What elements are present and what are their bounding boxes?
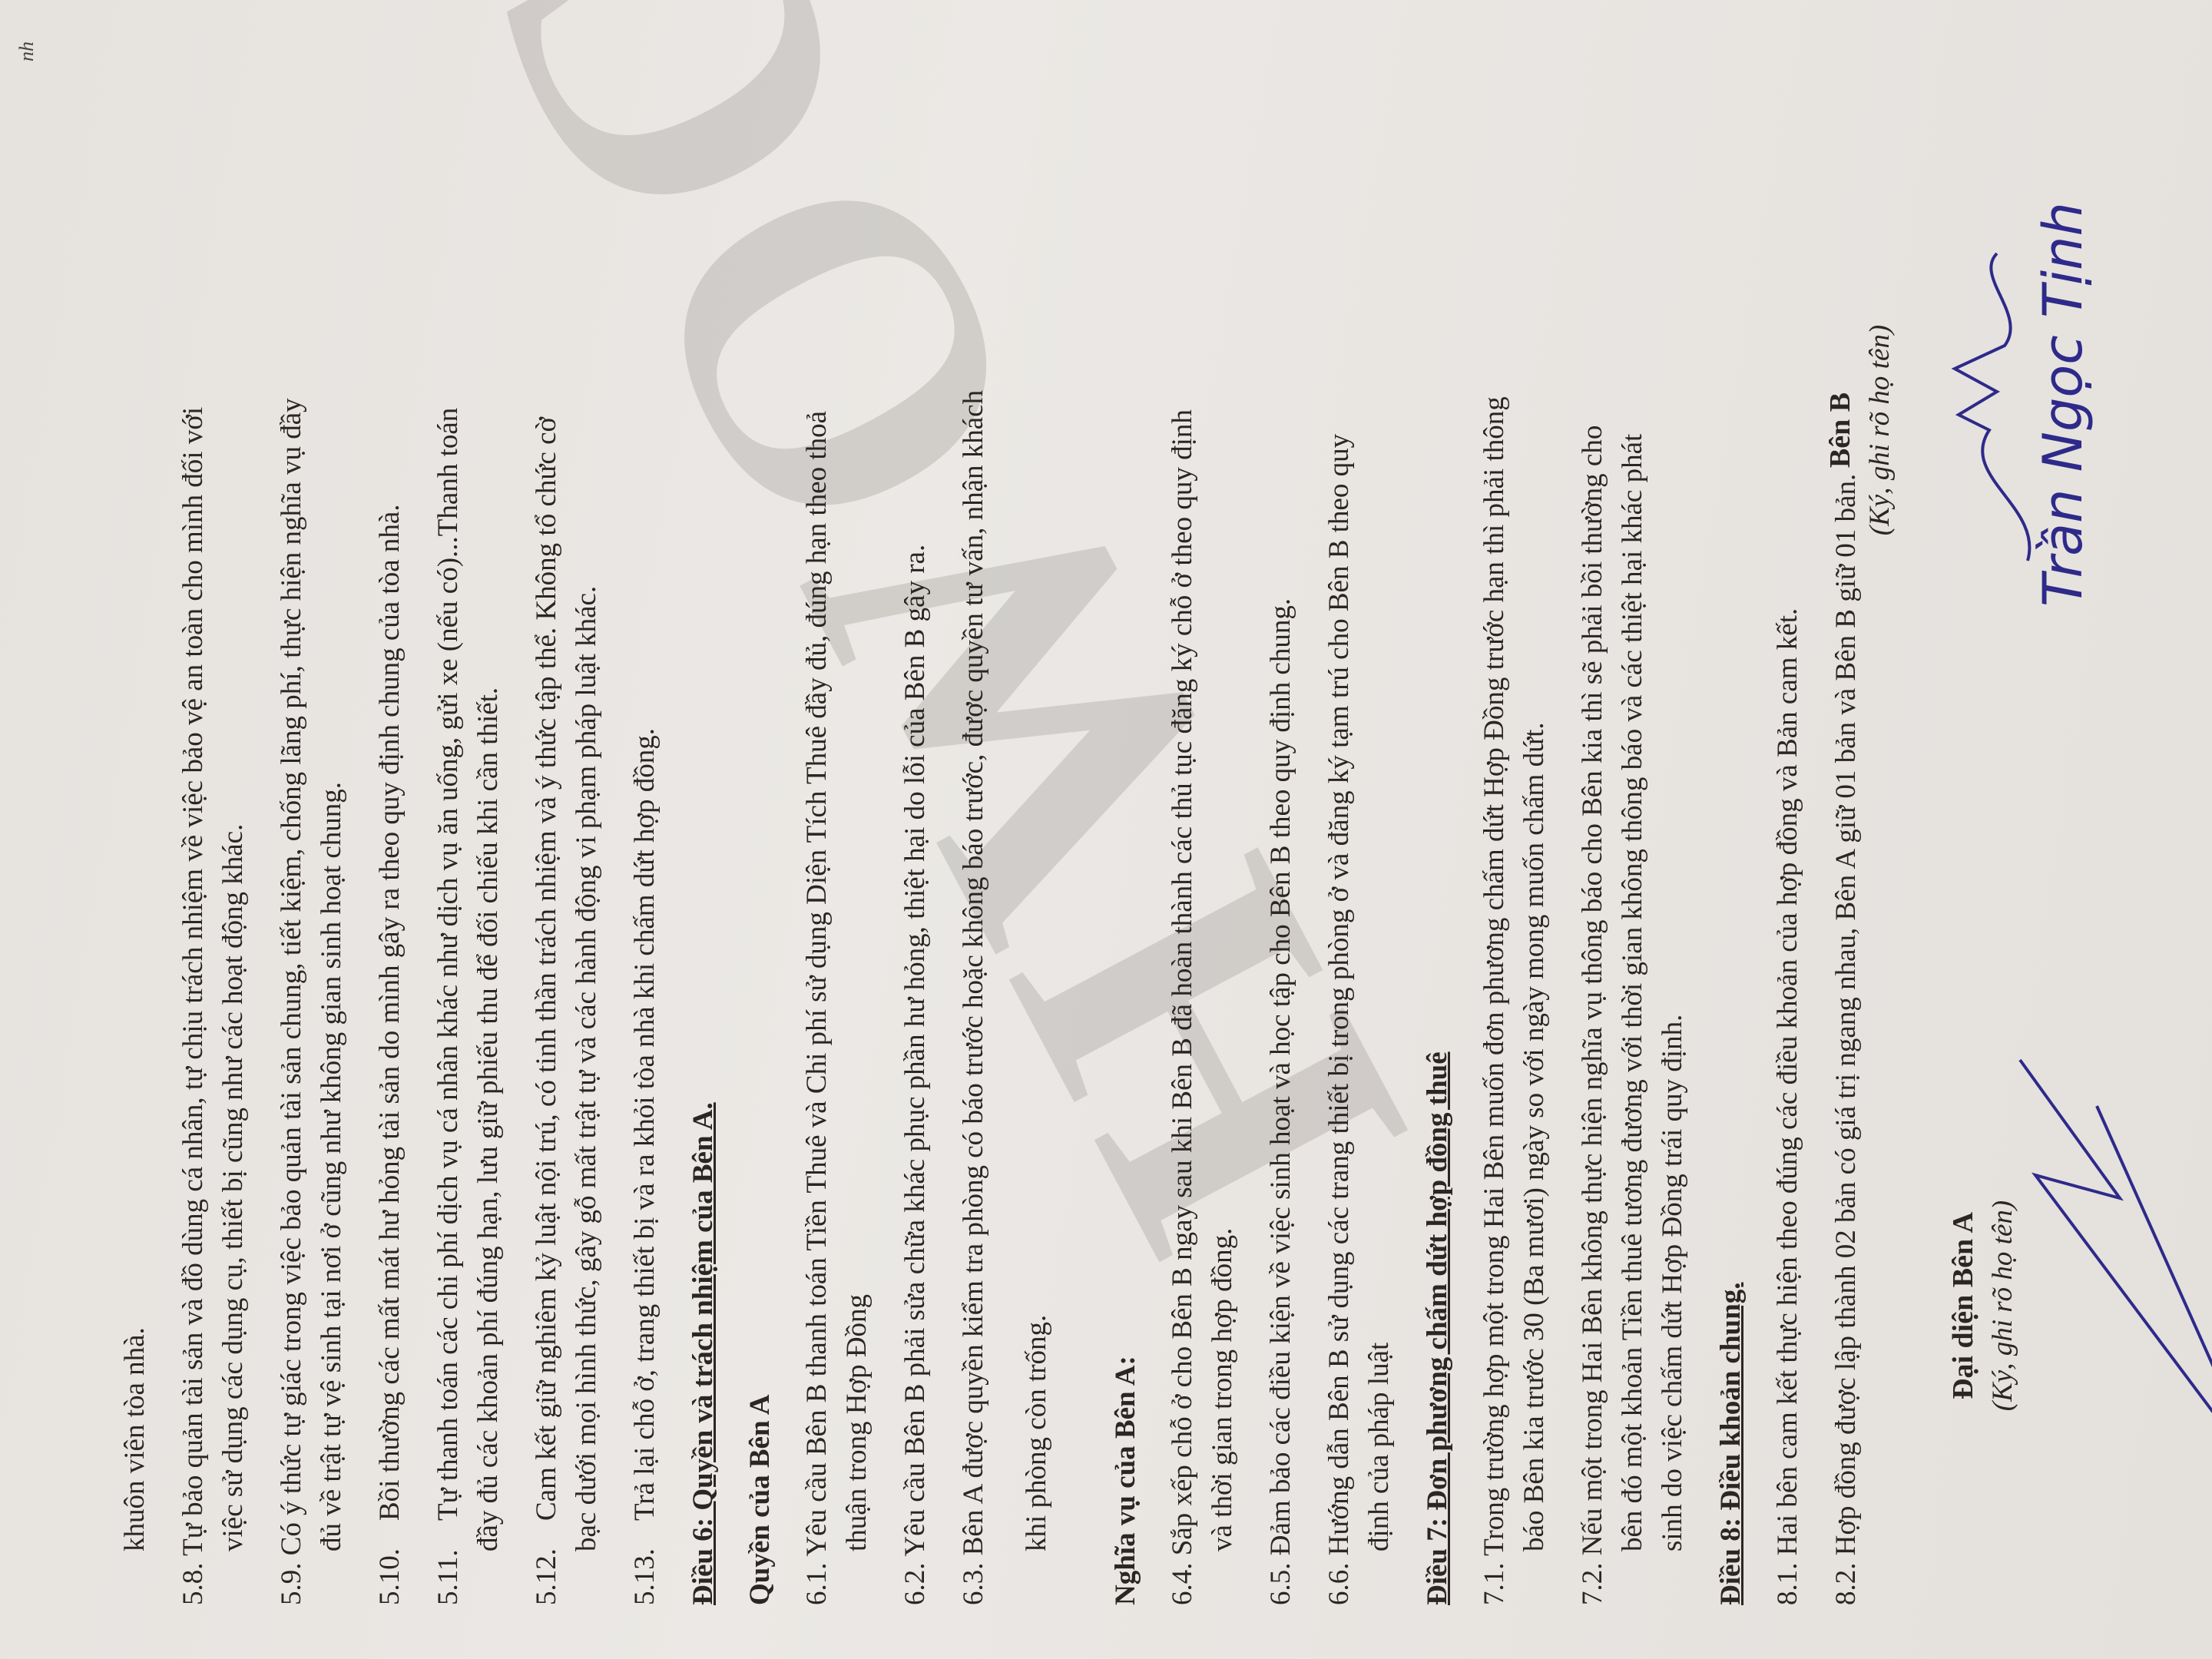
edge-text-fragment: nh (15, 41, 38, 61)
clause-number: 5.8. (174, 1563, 214, 1606)
clause-text: Trả lại chỗ ở, trang thiết bị và ra khỏi… (629, 728, 661, 1521)
clause-text: Yêu cầu Bên B thanh toán Tiền Thuê và Ch… (801, 411, 833, 1557)
article-8-title: Điều 8: Điều khoản chung. (1711, 38, 1751, 1605)
clause-text: khuôn viên tòa nhà. (115, 38, 155, 1551)
clause-5-13: 5.13.Trả lại chỗ ở, trang thiết bị và ra… (625, 38, 665, 1605)
clause-text-cont: đủ về trật tự vệ sinh tại nơi ở cũng như… (312, 38, 352, 1605)
clause-text: Bồi thường các mất mát hư hỏng tài sản d… (374, 504, 406, 1521)
clause-number: 6.5. (1265, 1563, 1296, 1606)
duties-heading: Nghĩa vụ của Bên A: (1106, 38, 1146, 1605)
clause-text-cont: và thời gian trong hợp đồng. (1203, 38, 1243, 1605)
clause-number: 6.3. (958, 1563, 989, 1606)
clause-6-6: 6.6. Hướng dẫn Bên B sử dụng các trang t… (1320, 38, 1399, 1605)
clause-text: Trong trường hợp một trong Hai Bên muốn … (1479, 396, 1510, 1556)
contract-body: khuôn viên tòa nhà. 5.8. Tự bảo quản tài… (115, 38, 2212, 1605)
clause-text: Nếu một trong Hai Bên không thực hiện ng… (1577, 426, 1608, 1556)
clause-text: Bên A được quyền kiểm tra phòng có báo t… (958, 390, 989, 1555)
clause-text: Tự thanh toán các chi phí dịch vụ cá nhâ… (432, 408, 464, 1521)
clause-number: 5.9. (272, 1563, 312, 1606)
clause-5-10: 5.10.Bồi thường các mất mát hư hỏng tài … (370, 38, 410, 1605)
clause-text: Hướng dẫn Bên B sử dụng các trang thiết … (1323, 434, 1355, 1555)
clause-5-12: 5.12.Cam kết giữ nghiêm kỷ luật nội trú,… (527, 38, 607, 1605)
clause-number: 6.1. (801, 1563, 833, 1606)
clause-6-1: 6.1. Yêu cầu Bên B thanh toán Tiền Thuê … (797, 38, 877, 1605)
clause-5-9: 5.9. Có ý thức tự giác trong việc bảo qu… (272, 38, 352, 1605)
clause-5-8: 5.8. Tự bảo quản tài sản và đồ dùng cá n… (174, 38, 253, 1605)
clause-continuation: khuôn viên tòa nhà. (115, 38, 155, 1605)
clause-6-4: 6.4. Sắp xếp chỗ ở cho Bên B ngay sau kh… (1163, 38, 1243, 1605)
clause-6-5: 6.5. Đảm bảo các điều kiện về việc sinh … (1261, 38, 1301, 1605)
clause-text-cont: báo Bên kia trước 30 (Ba mươi) ngày so v… (1515, 38, 1555, 1605)
clause-text-cont: bên đó một khoản Tiền thuê tương đương v… (1613, 38, 1653, 1605)
party-b-handwritten-name: Trần Ngọc Tịnh (2043, 202, 2083, 607)
party-a-title: Đại diện Bên A (1943, 1114, 1983, 1498)
clause-6-3: 6.3. Bên A được quyền kiểm tra phòng có … (954, 38, 1057, 1605)
signature-block: Đại diện Bên A (Ký, ghi rõ họ tên) Lê Ho… (1912, 38, 2212, 1605)
clause-text: Hợp đồng được lập thành 02 bản có giá tr… (1830, 474, 1862, 1555)
clause-text-cont: việc sử dụng các dụng cụ, thiết bị cũng … (214, 38, 253, 1605)
clause-text: Sắp xếp chỗ ở cho Bên B ngay sau khi Bên… (1167, 409, 1198, 1555)
clause-number: 6.6. (1323, 1563, 1355, 1606)
clause-7-1: 7.1. Trong trường hợp một trong Hai Bên … (1475, 38, 1555, 1605)
clause-text: Tự bảo quản tài sản và đồ dùng cá nhân, … (177, 407, 209, 1556)
clause-number: 5.11. (429, 1521, 469, 1605)
clause-text-cont: thuận trong Hợp Đồng (837, 38, 877, 1605)
clause-number: 7.1. (1479, 1563, 1510, 1606)
clause-7-2: 7.2. Nếu một trong Hai Bên không thực hi… (1573, 38, 1693, 1605)
clause-number: 6.2. (899, 1563, 931, 1606)
clause-8-1: 8.1. Hai bên cam kết thực hiện theo đúng… (1768, 38, 1808, 1605)
rotated-contract-page: HWOC khuôn viên tòa nhà. 5.8. Tự bảo quả… (0, 0, 2212, 1659)
clause-number: 5.10. (370, 1521, 410, 1605)
clause-text-cont: sinh do việc chấm dứt Hợp Đồng trái quy … (1653, 38, 1693, 1605)
clause-number: 7.2. (1577, 1563, 1608, 1606)
clause-text: Yêu cầu Bên B phải sửa chữa khác phục ph… (899, 545, 931, 1557)
clause-text: Có ý thức tự giác trong việc bảo quản tà… (276, 398, 307, 1555)
clause-text-cont: khi phòng còn trống. (1017, 38, 1057, 1605)
clause-number: 8.2. (1830, 1563, 1862, 1606)
party-b-signature: Bên B (Ký, ghi rõ họ tên) (1820, 238, 1900, 622)
clause-number: 5.13. (625, 1521, 665, 1605)
clause-5-11: 5.11.Tự thanh toán các chi phí dịch vụ c… (429, 38, 508, 1605)
party-b-subtitle: (Ký, ghi rõ họ tên) (1860, 238, 1900, 622)
party-a-signature-scribble (2005, 1029, 2212, 1429)
clause-text: Cam kết giữ nghiêm kỷ luật nội trú, có t… (531, 417, 562, 1521)
photographed-paper: HWOC khuôn viên tòa nhà. 5.8. Tự bảo quả… (0, 0, 2212, 1659)
clause-number: 6.4. (1167, 1563, 1198, 1606)
clause-text: Đảm bảo các điều kiện về việc sinh hoạt … (1265, 598, 1296, 1555)
article-6-title: Điều 6: Quyền và trách nhiệm của Bên A. (684, 38, 724, 1605)
section-5-tail: khuôn viên tòa nhà. 5.8. Tự bảo quản tài… (115, 38, 665, 1605)
article-7-title: Điều 7: Đơn phương chấm dứt hợp đồng thu… (1418, 38, 1458, 1605)
clause-text-cont: định của pháp luật (1359, 38, 1399, 1605)
clause-text-cont: đầy đủ các khoản phí đúng hạn, lưu giữ p… (469, 38, 508, 1605)
clause-number: 8.1. (1772, 1563, 1803, 1606)
party-b-title: Bên B (1820, 238, 1860, 622)
clause-text-cont: bạc dưới mọi hình thức, gây gỗ mất trật … (567, 38, 607, 1605)
rights-heading: Quyền của Bên A (740, 38, 780, 1605)
clause-text: Hai bên cam kết thực hiện theo đúng các … (1772, 608, 1803, 1555)
clause-number: 5.12. (527, 1521, 567, 1605)
clause-6-2: 6.2. Yêu cầu Bên B phải sửa chữa khác ph… (896, 38, 935, 1605)
